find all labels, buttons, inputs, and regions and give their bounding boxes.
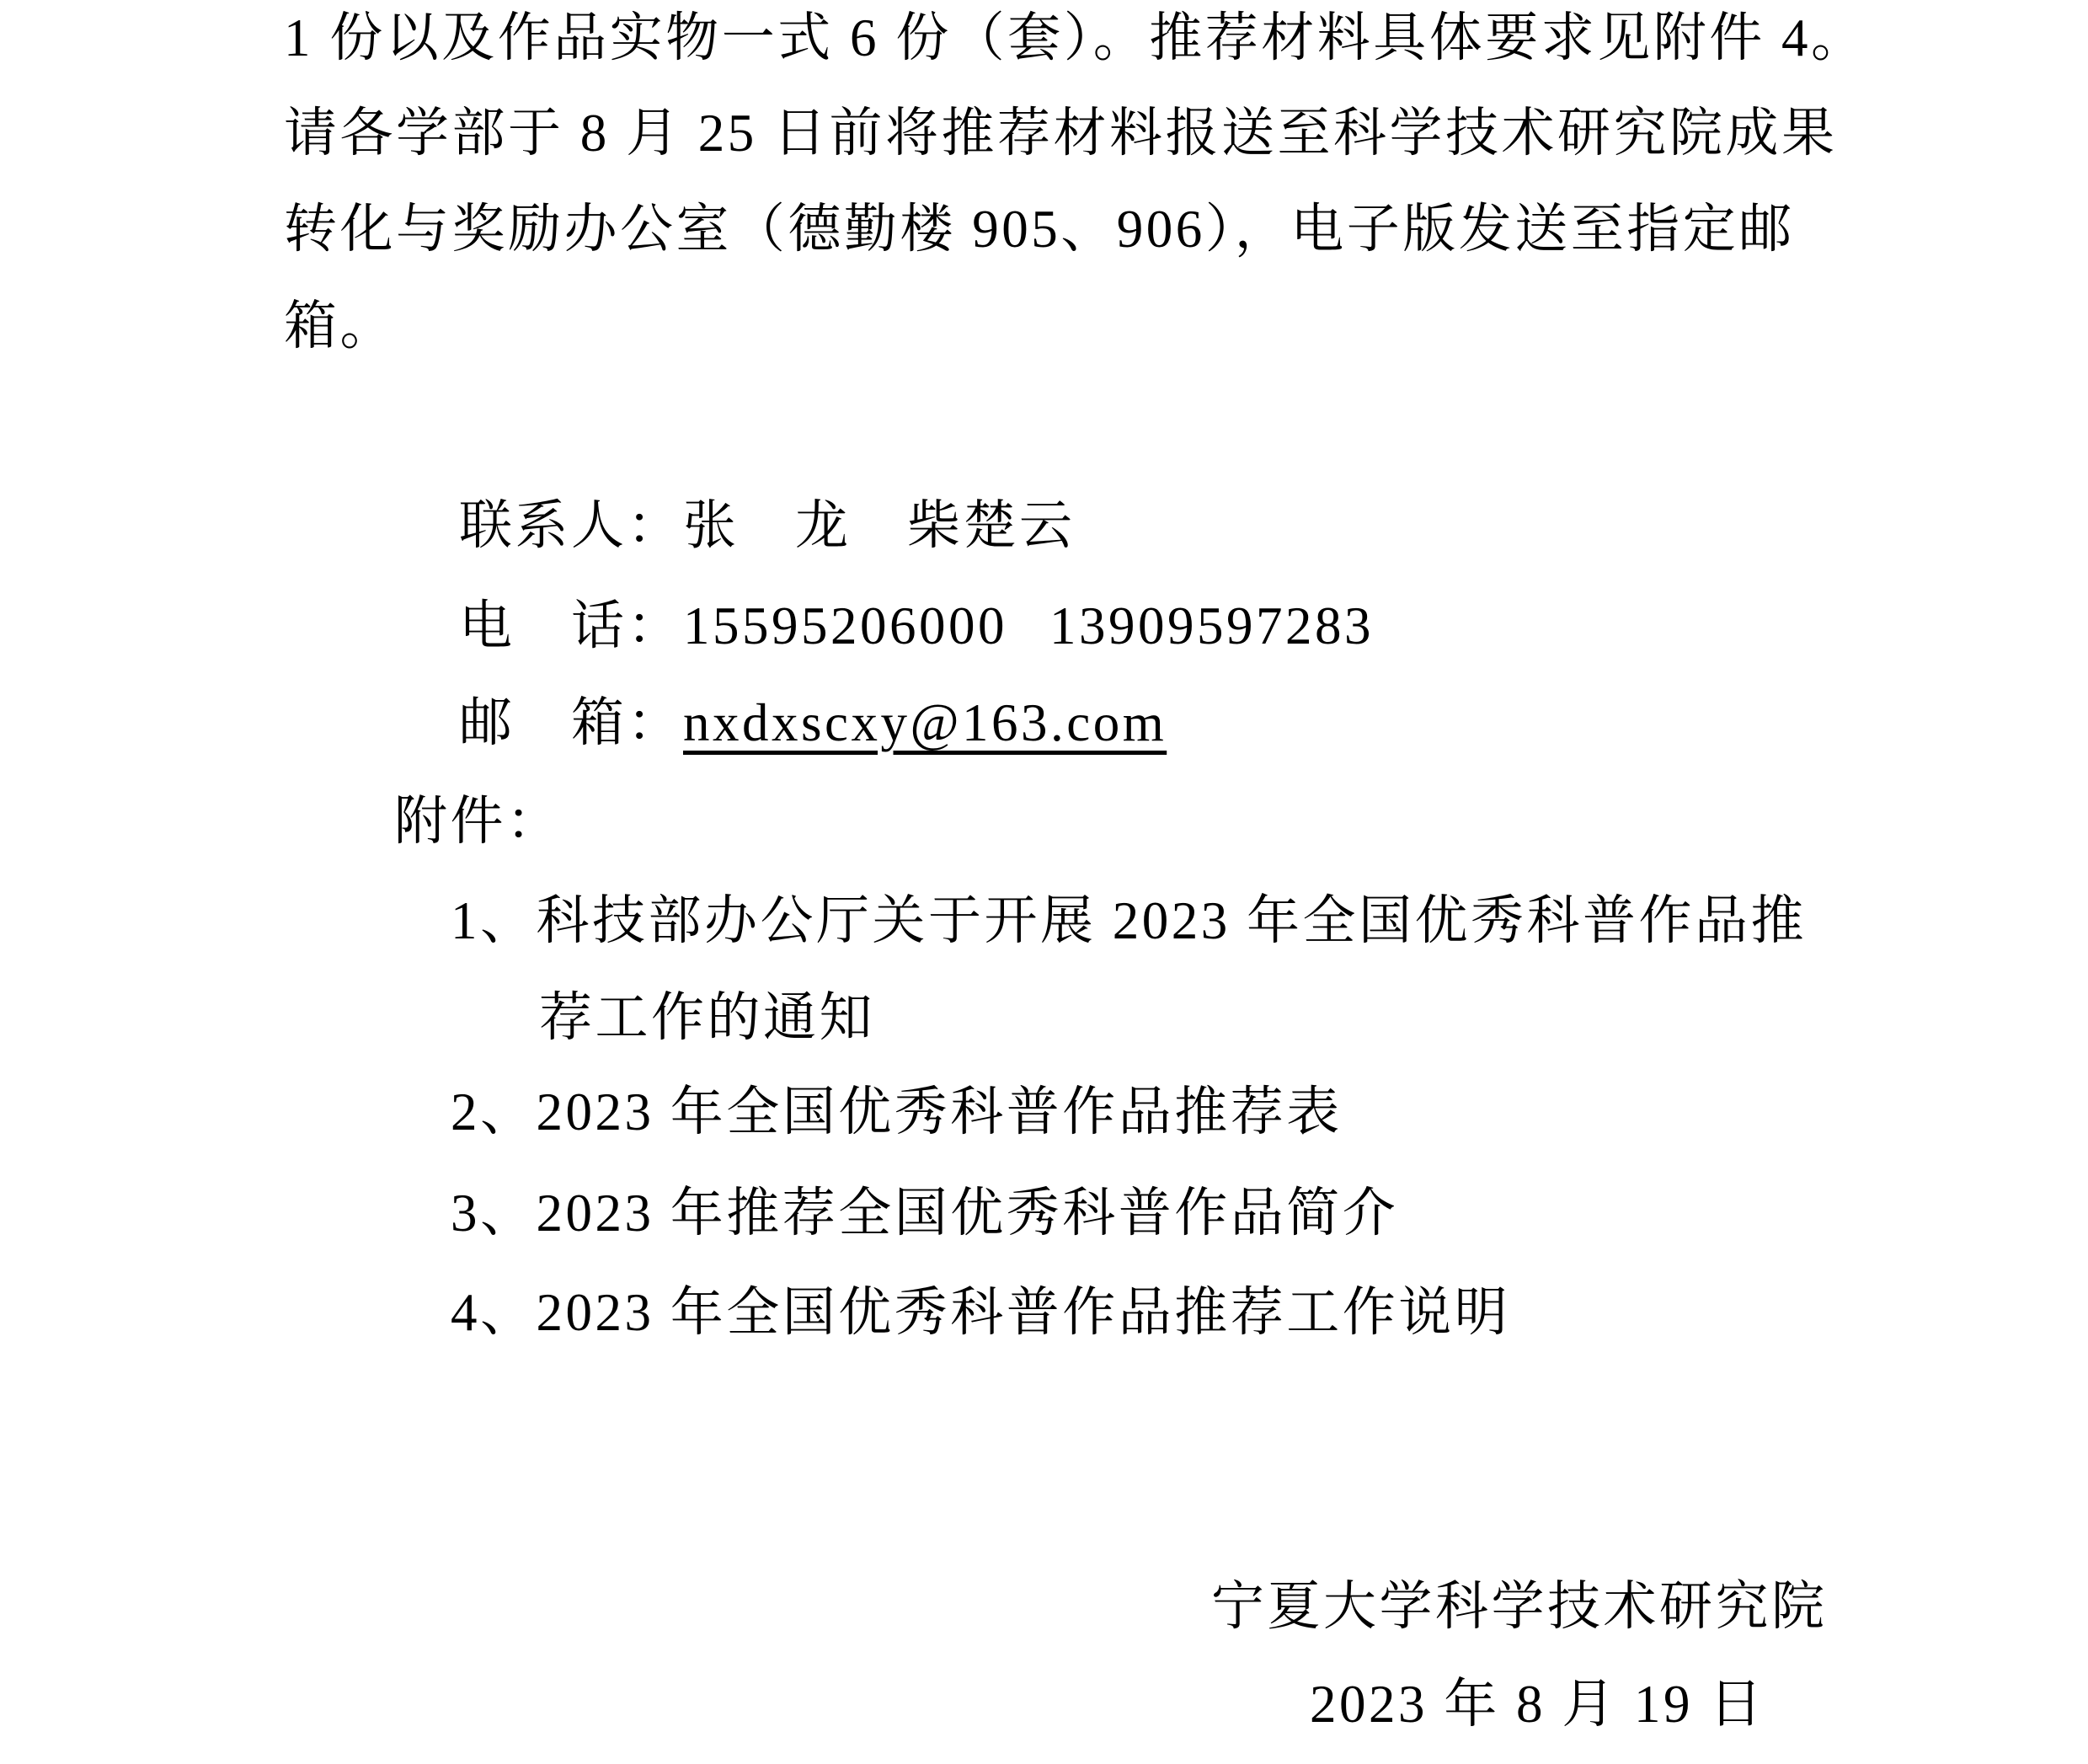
- contact-email-label: 邮 箱：: [459, 693, 683, 752]
- attachment-item-1-line-2: 荐工作的通知: [539, 969, 875, 1066]
- body-paragraph-line-3: 转化与奖励办公室（德勤楼 905、906），电子版发送至指定邮: [284, 180, 1795, 278]
- body-paragraph-line-2: 请各学部于 8 月 25 日前将推荐材料报送至科学技术研究院成果: [284, 84, 1838, 182]
- signature-date: 2023 年 8 月 19 日: [1310, 1655, 1765, 1753]
- body-paragraph-line-4: 箱。: [284, 277, 396, 375]
- document-page: 1 份以及作品实物一式 6 份（套）。推荐材料具体要求见附件 4。 请各学部于 …: [0, 0, 2088, 1764]
- attachment-item-4: 4、2023 年全国优秀科普作品推荐工作说明: [451, 1264, 1510, 1361]
- contact-email-link[interactable]: nxdxscxy@163.com: [683, 693, 1167, 752]
- body-paragraph-line-1: 1 份以及作品实物一式 6 份（套）。推荐材料具体要求见附件 4。: [284, 0, 1867, 87]
- signature-organization: 宁夏大学科学技术研究院: [1211, 1558, 1828, 1655]
- attachments-heading: 附件：: [394, 772, 563, 870]
- attachment-item-1-line-1: 1、科技部办公厅关于开展 2023 年全国优秀科普作品推: [451, 872, 1807, 970]
- attachment-item-2: 2、2023 年全国优秀科普作品推荐表: [451, 1063, 1343, 1161]
- attachment-item-3: 3、2023 年推荐全国优秀科普作品简介: [451, 1164, 1398, 1262]
